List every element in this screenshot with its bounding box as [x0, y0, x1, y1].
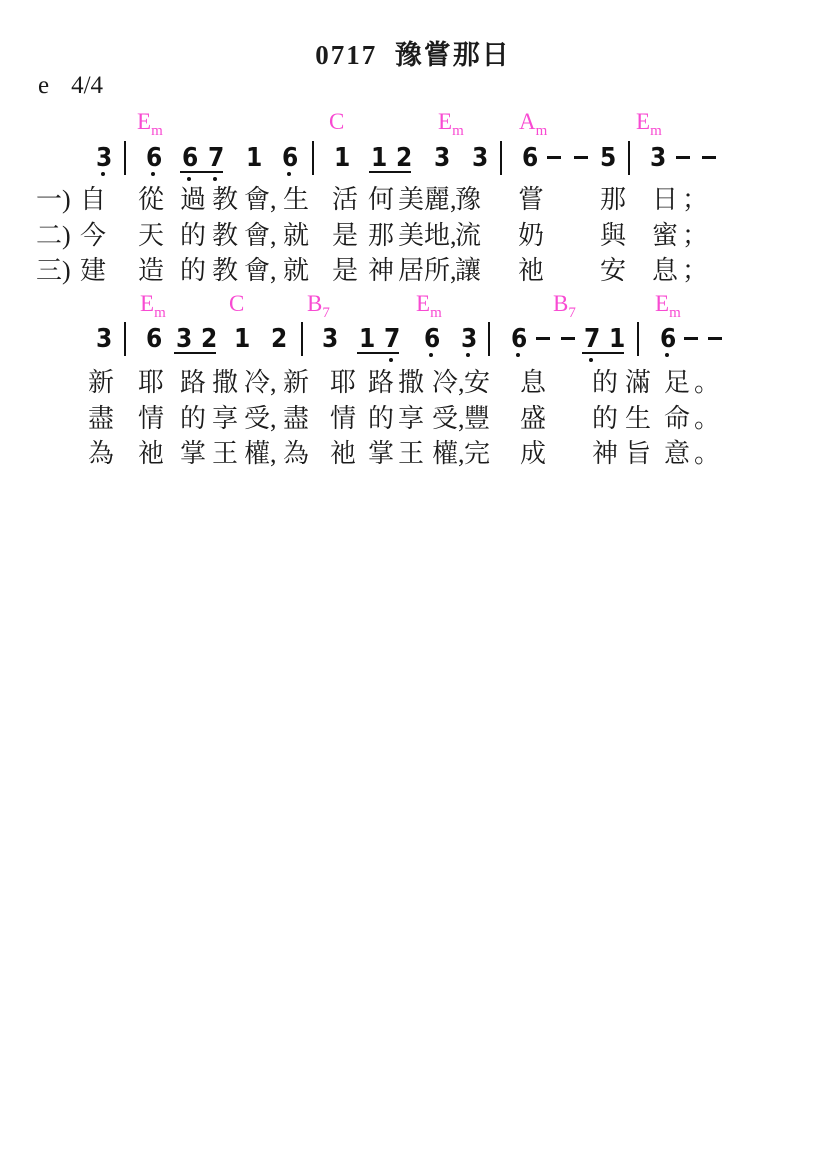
chord-subscript: 7 [568, 305, 576, 321]
lyric-char-verse-3: ； [682, 258, 708, 284]
lyric-char-chorus-2: 命 [664, 406, 690, 432]
lyric-char-verse-2: 的 [180, 223, 206, 249]
lyric-char-chorus-3: 掌 [180, 441, 206, 467]
lyric-char-chorus-1: 的 [592, 370, 618, 396]
note-digit: 5 [600, 145, 616, 171]
lyric-char-verse-2: 就 [283, 223, 309, 249]
lyric-char-verse-2: 流 [455, 223, 481, 249]
lyric-char-chorus-1: 滿 [625, 370, 651, 396]
lyric-char-chorus-3: 權, [432, 441, 465, 467]
lyric-char-chorus-1: 路 [180, 370, 206, 396]
lyric-char-verse-3: 教 [212, 258, 238, 284]
key-letter: e [38, 72, 49, 99]
note-digit: 6 [511, 326, 527, 352]
octave-dot [187, 177, 191, 181]
note-digit: 2 [201, 326, 217, 352]
note-digit: 3 [96, 145, 112, 171]
chord-label: C [329, 110, 344, 133]
barline [124, 322, 126, 356]
lyric-char-chorus-2: 享 [398, 406, 424, 432]
chord-root: B [307, 291, 322, 316]
chord-root: E [655, 291, 669, 316]
eighth-beam [174, 352, 216, 354]
lyric-char-verse-2: 今 [80, 223, 106, 249]
lyric-char-verse-2: 天 [138, 223, 164, 249]
lyric-char-chorus-3: 。 [694, 441, 720, 467]
lyric-char-chorus-2: 受, [244, 406, 277, 432]
lyric-char-chorus-3: 為 [88, 441, 114, 467]
note-digit: 6 [522, 145, 538, 171]
lyric-char-verse-1: 美 [398, 187, 424, 213]
barline [301, 322, 303, 356]
lyric-char-chorus-1: 耶 [138, 370, 164, 396]
lyric-char-chorus-3: 神 [592, 441, 618, 467]
note-digit: 1 [371, 145, 387, 171]
lyric-char-chorus-1: 冷, [244, 370, 277, 396]
note-digit: 6 [282, 145, 298, 171]
lyric-char-chorus-2: 盡 [283, 406, 309, 432]
octave-dot [665, 353, 669, 357]
chord-label: Em [438, 110, 464, 139]
lyric-char-chorus-1: 安 [464, 370, 490, 396]
lyric-char-chorus-3: 權, [244, 441, 277, 467]
duration-dash [676, 156, 690, 159]
lyric-char-verse-2: 教 [212, 223, 238, 249]
lyric-char-verse-3: 造 [138, 258, 164, 284]
barline [637, 322, 639, 356]
lyric-char-chorus-2: 盡 [88, 406, 114, 432]
chord-subscript: m [452, 123, 464, 139]
duration-dash [708, 337, 722, 340]
chord-label: Em [655, 292, 681, 321]
lyric-char-verse-1: 那 [600, 187, 626, 213]
key-signature: e4/4 [38, 72, 103, 100]
note-digit: 3 [650, 145, 666, 171]
chord-root: C [329, 109, 344, 134]
chord-subscript: m [536, 123, 548, 139]
eighth-beam [582, 352, 624, 354]
time-signature: 4/4 [71, 72, 103, 99]
note-digit: 7 [584, 326, 600, 352]
chord-label: Em [416, 292, 442, 321]
octave-dot [287, 172, 291, 176]
lyric-char-verse-2: 奶 [518, 223, 544, 249]
note-digit: 2 [271, 326, 287, 352]
note-digit: 6 [146, 145, 162, 171]
barline [628, 141, 630, 175]
octave-dot [589, 358, 593, 362]
lyric-char-chorus-3: 意 [664, 441, 690, 467]
lyric-char-verse-1: 豫 [455, 187, 481, 213]
chord-label: Em [140, 292, 166, 321]
lyric-char-verse-2: 是 [332, 223, 358, 249]
lyric-char-verse-2: 美 [398, 223, 424, 249]
lyric-char-verse-3: 安 [600, 258, 626, 284]
note-digit: 1 [246, 145, 262, 171]
eighth-beam [180, 171, 223, 173]
chord-root: C [229, 291, 244, 316]
note-digit: 7 [384, 326, 400, 352]
chord-subscript: m [650, 123, 662, 139]
lyric-char-verse-3: 神 [368, 258, 394, 284]
duration-dash [702, 156, 716, 159]
note-digit: 1 [359, 326, 375, 352]
lyric-char-chorus-1: 耶 [330, 370, 356, 396]
note-digit: 3 [461, 326, 477, 352]
note-digit: 6 [146, 326, 162, 352]
page-title: 0717 豫嘗那日 [0, 33, 826, 72]
octave-dot [213, 177, 217, 181]
chord-label: Em [636, 110, 662, 139]
note-digit: 3 [472, 145, 488, 171]
chord-root: E [416, 291, 430, 316]
lyric-char-verse-1: 教 [212, 187, 238, 213]
octave-dot [466, 353, 470, 357]
barline [312, 141, 314, 175]
chord-label: Am [519, 110, 547, 139]
chord-subscript: m [151, 123, 163, 139]
lyric-char-verse-1: 自 [80, 187, 106, 213]
chord-root: E [636, 109, 650, 134]
lyric-char-verse-2: 會, [244, 223, 277, 249]
lyric-char-chorus-1: 新 [88, 370, 114, 396]
chord-root: E [140, 291, 154, 316]
note-digit: 3 [176, 326, 192, 352]
lyric-char-chorus-3: 王 [398, 441, 424, 467]
note-digit: 1 [609, 326, 625, 352]
note-digit: 1 [334, 145, 350, 171]
lyric-char-chorus-2: 生 [625, 406, 651, 432]
lyric-char-verse-3: 讓 [455, 258, 481, 284]
note-digit: 6 [424, 326, 440, 352]
lyric-char-chorus-1: 足 [664, 370, 690, 396]
lyric-char-verse-1: 過 [180, 187, 206, 213]
lyric-char-chorus-3: 成 [520, 441, 546, 467]
duration-dash [547, 156, 561, 159]
lyric-char-verse-3: 就 [283, 258, 309, 284]
lyric-char-verse-3: 建 [80, 258, 106, 284]
octave-dot [516, 353, 520, 357]
duration-dash [536, 337, 550, 340]
octave-dot [389, 358, 393, 362]
lyric-char-chorus-2: 豐 [464, 406, 490, 432]
note-digit: 6 [660, 326, 676, 352]
lyric-char-chorus-2: 的 [368, 406, 394, 432]
lyric-char-verse-3: 所, [424, 258, 457, 284]
chord-root: B [553, 291, 568, 316]
lyric-char-chorus-2: 情 [138, 406, 164, 432]
lyric-char-verse-3: 會, [244, 258, 277, 284]
lyric-char-chorus-1: 。 [694, 370, 720, 396]
lyric-char-verse-2: ； [682, 223, 708, 249]
lyric-char-verse-1: 麗, [424, 187, 457, 213]
chord-label: Em [137, 110, 163, 139]
note-digit: 2 [396, 145, 412, 171]
duration-dash [684, 337, 698, 340]
barline [500, 141, 502, 175]
lyric-char-chorus-2: 的 [592, 406, 618, 432]
lyric-char-verse-1: ； [682, 187, 708, 213]
lyric-char-verse-2: 地, [424, 223, 457, 249]
lyric-char-chorus-3: 完 [464, 441, 490, 467]
lyric-char-chorus-2: 受, [432, 406, 465, 432]
lyric-char-verse-1: 從 [138, 187, 164, 213]
lyric-char-chorus-1: 息 [520, 370, 546, 396]
chord-subscript: m [154, 305, 166, 321]
lyric-char-chorus-2: 盛 [520, 406, 546, 432]
lyric-char-verse-3: 居 [398, 258, 424, 284]
lyric-char-chorus-1: 撒 [212, 370, 238, 396]
chord-root: A [519, 109, 536, 134]
lyric-char-verse-2: 蜜 [652, 223, 678, 249]
chord-root: E [438, 109, 452, 134]
duration-dash [574, 156, 588, 159]
lyric-char-chorus-2: 享 [212, 406, 238, 432]
lyric-char-chorus-3: 旨 [625, 441, 651, 467]
note-digit: 3 [434, 145, 450, 171]
eighth-beam [357, 352, 399, 354]
note-digit: 3 [322, 326, 338, 352]
octave-dot [429, 353, 433, 357]
note-digit: 1 [234, 326, 250, 352]
lyric-char-verse-1: 一) [36, 187, 71, 213]
lyric-char-chorus-2: 的 [180, 406, 206, 432]
lyric-char-verse-3: 是 [332, 258, 358, 284]
lyric-char-chorus-1: 路 [368, 370, 394, 396]
chord-subscript: m [430, 305, 442, 321]
lyric-char-verse-2: 那 [368, 223, 394, 249]
lyric-char-verse-3: 息 [652, 258, 678, 284]
lyric-char-verse-3: 祂 [518, 258, 544, 284]
lyric-char-chorus-2: 情 [330, 406, 356, 432]
barline [124, 141, 126, 175]
lyric-char-chorus-3: 掌 [368, 441, 394, 467]
lyric-char-chorus-2: 。 [694, 406, 720, 432]
lyric-char-chorus-3: 為 [283, 441, 309, 467]
lyric-char-chorus-3: 祂 [330, 441, 356, 467]
lyric-char-verse-3: 三) [36, 258, 71, 284]
lyric-char-chorus-1: 撒 [398, 370, 424, 396]
lyric-char-verse-1: 會, [244, 187, 277, 213]
chord-subscript: 7 [322, 305, 330, 321]
note-digit: 7 [208, 145, 224, 171]
lyric-char-chorus-1: 新 [283, 370, 309, 396]
lyric-char-verse-3: 的 [180, 258, 206, 284]
lyric-char-verse-1: 何 [368, 187, 394, 213]
lyric-char-verse-2: 二) [36, 223, 71, 249]
lyric-char-chorus-1: 冷, [432, 370, 465, 396]
duration-dash [561, 337, 575, 340]
hymn-sheet-page: 0717 豫嘗那日 e4/4 EmCEmAmEm36671611233653Em… [0, 0, 826, 1169]
lyric-char-verse-1: 嘗 [518, 187, 544, 213]
octave-dot [151, 172, 155, 176]
lyric-char-chorus-3: 王 [212, 441, 238, 467]
note-digit: 3 [96, 326, 112, 352]
lyric-char-verse-1: 生 [283, 187, 309, 213]
chord-label: B7 [553, 292, 576, 321]
eighth-beam [369, 171, 411, 173]
chord-subscript: m [669, 305, 681, 321]
octave-dot [101, 172, 105, 176]
lyric-char-verse-2: 與 [600, 223, 626, 249]
lyric-char-verse-1: 日 [652, 187, 678, 213]
barline [488, 322, 490, 356]
note-digit: 6 [182, 145, 198, 171]
chord-label: C [229, 292, 244, 315]
lyric-char-chorus-3: 祂 [138, 441, 164, 467]
chord-root: E [137, 109, 151, 134]
lyric-char-verse-1: 活 [332, 187, 358, 213]
chord-label: B7 [307, 292, 330, 321]
